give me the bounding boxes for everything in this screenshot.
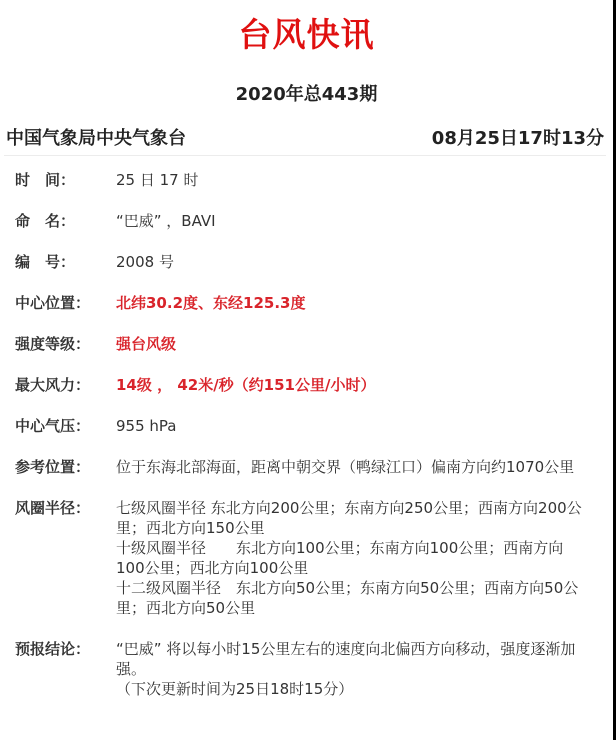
field-number: 编 号： 2008 号 [0,252,613,272]
issue-number: 2020年总443期 [0,82,613,108]
field-value: 北纬30.2度、东经125.3度 [116,293,591,313]
field-label: 风圈半径： [0,498,116,618]
field-name: 命 名： “巴威” ，BAVI [0,211,613,231]
bulletin-title: 台风快讯 [0,12,613,58]
publish-datetime: 08月25日17时13分 [432,125,604,153]
field-label: 强度等级： [0,334,116,354]
field-value: 位于东海北部海面，距离中朝交界（鸭绿江口）偏南方向约1070公里 [116,457,591,477]
field-value: 955 hPa [116,416,591,436]
forecast-text: “巴威” 将以每小时15公里左右的速度向北偏西方向移动，强度逐渐加强。 [116,639,591,679]
field-forecast: 预报结论： “巴威” 将以每小时15公里左右的速度向北偏西方向移动，强度逐渐加强… [0,639,613,699]
field-label: 编 号： [0,252,116,272]
field-center-position: 中心位置： 北纬30.2度、东经125.3度 [0,293,613,313]
field-reference-position: 参考位置： 位于东海北部海面，距离中朝交界（鸭绿江口）偏南方向约1070公里 [0,457,613,477]
field-value: “巴威” ，BAVI [116,211,591,231]
bulletin-header: 中国气象局中央气象台 08月25日17时13分 [6,125,604,153]
radius-12-level: 十二级风圈半径 东北方向50公里；东南方向50公里；西南方向50公里；西北方向5… [116,578,591,618]
field-time: 时 间： 25 日 17 时 [0,170,613,190]
next-update-text: （下次更新时间为25日18时15分） [116,679,591,699]
field-value: 2008 号 [116,252,591,272]
field-value: 25 日 17 时 [116,170,591,190]
field-value: 14级 ， 42米/秒（约151公里/小时） [116,375,591,395]
field-label: 参考位置： [0,457,116,477]
field-value: 强台风级 [116,334,591,354]
field-value: 七级风圈半径 东北方向200公里；东南方向250公里；西南方向200公里；西北方… [116,498,591,618]
radius-10-level: 十级风圈半径 东北方向100公里；东南方向100公里；西南方向100公里；西北方… [116,538,591,578]
field-pressure: 中心气压： 955 hPa [0,416,613,436]
field-value: “巴威” 将以每小时15公里左右的速度向北偏西方向移动，强度逐渐加强。 （下次更… [116,639,591,699]
field-label: 预报结论： [0,639,116,699]
agency-name: 中国气象局中央气象台 [6,125,186,153]
divider [4,155,606,156]
field-label: 最大风力： [0,375,116,395]
typhoon-details: 时 间： 25 日 17 时 命 名： “巴威” ，BAVI 编 号： 2008… [0,170,613,699]
field-label: 命 名： [0,211,116,231]
radius-7-level: 七级风圈半径 东北方向200公里；东南方向250公里；西南方向200公里；西北方… [116,498,591,538]
field-intensity: 强度等级： 强台风级 [0,334,613,354]
field-label: 时 间： [0,170,116,190]
field-label: 中心位置： [0,293,116,313]
field-label: 中心气压： [0,416,116,436]
field-max-wind: 最大风力： 14级 ， 42米/秒（约151公里/小时） [0,375,613,395]
field-wind-radius: 风圈半径： 七级风圈半径 东北方向200公里；东南方向250公里；西南方向200… [0,498,613,618]
